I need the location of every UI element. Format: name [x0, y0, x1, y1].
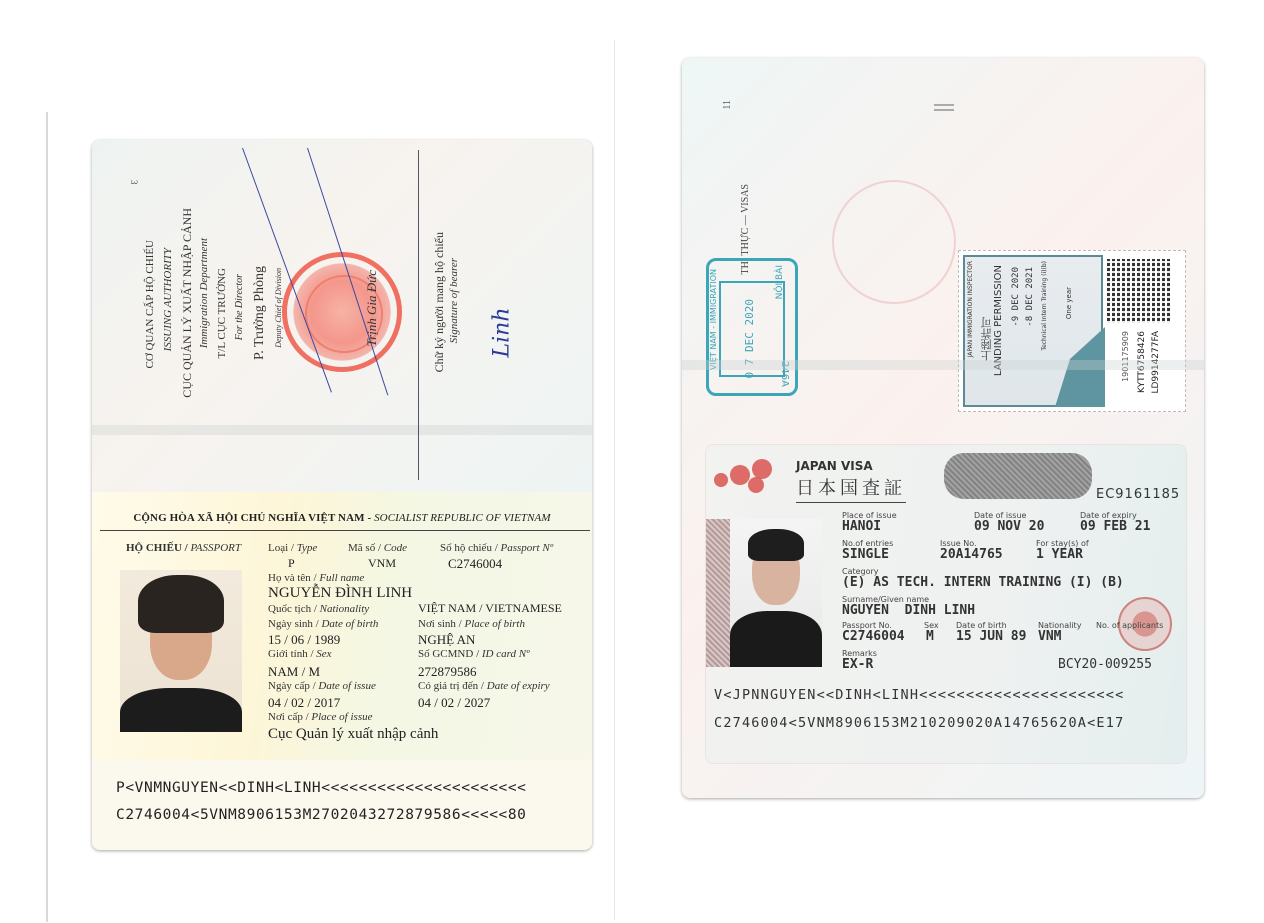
visa-dob: 15 JUN 89 — [956, 629, 1026, 644]
page-number: 3 — [129, 180, 139, 185]
for-director-en: For the Director — [234, 274, 245, 340]
visa-category: (E) AS TECH. INTERN TRAINING (I) (B) — [842, 575, 1124, 590]
passport-no-value: C2746004 — [448, 556, 502, 572]
doe-value: 04 / 02 / 2027 — [418, 695, 490, 711]
pob-label: Nơi sinh / Place of birth — [418, 618, 525, 630]
issuing-authority-en: ISSUING AUTHORITY — [162, 248, 174, 351]
watermark-emblem — [832, 180, 956, 304]
mrz-line-1: P<VNMNGUYEN<<DINH<LINH<<<<<<<<<<<<<<<<<<… — [116, 780, 527, 796]
bearer-signature: Linh — [489, 308, 514, 358]
entry-stamp: VIỆT NAM - IMMIGRATION 0 7 DEC 2020 NỘI … — [706, 258, 798, 396]
visa-remarks: EX-R — [842, 657, 873, 672]
data-page: CỘNG HÒA XÃ HỘI CHỦ NGHĨA VIỆT NAM - SOC… — [92, 492, 592, 850]
visa-title: JAPAN VISA — [796, 459, 873, 473]
visa-name: NGUYEN DINH LINH — [842, 603, 975, 618]
visa-nationality: VNM — [1038, 629, 1061, 644]
doc-label: HỘ CHIẾU / PASSPORT — [126, 542, 241, 554]
country-header: CỘNG HÒA XÃ HỘI CHỦ NGHĨA VIỆT NAM - SOC… — [92, 512, 592, 524]
full-name-label: Họ và tên / Full name — [268, 572, 364, 584]
japan-visa-sticker: JAPAN VISA 日本国査証 EC9161185 Place of issu… — [706, 445, 1186, 763]
doi-label: Ngày cấp / Date of issue — [268, 680, 376, 692]
poi-value: Cục Quản lý xuất nhập cảnh — [268, 726, 438, 743]
poi-label: Nơi cấp / Place of issue — [268, 711, 373, 723]
visa-stay: 1 YEAR — [1036, 547, 1083, 562]
bearer-signature-label-en: Signature of bearer — [448, 258, 460, 343]
mrz-line-2: C2746004<5VNM8906153M2702043272879586<<<… — [116, 807, 527, 823]
landing-permission-sticker: JAPAN IMMIGRATION INSPECTOR 上陸許可 LANDING… — [958, 250, 1186, 412]
bearer-photo — [120, 570, 242, 732]
visa-passport-no: C2746004 — [842, 629, 905, 644]
dob-value: 15 / 06 / 1989 — [268, 632, 340, 648]
official-seal — [282, 252, 402, 372]
doe-label: Có giá trị đến / Date of expiry — [418, 680, 550, 692]
code-label: Mã số / Code — [348, 542, 407, 554]
visa-side-pattern — [706, 519, 730, 667]
visa-mrz-line-2: C2746004<5VNM8906153M210209020A14765620A… — [714, 715, 1124, 731]
page-number: 11 — [722, 100, 733, 110]
security-guilloche — [944, 453, 1092, 499]
full-name-value: NGUYỄN ĐÌNH LINH — [268, 585, 412, 602]
visa-reference: BCY20-009255 — [1058, 657, 1152, 672]
visa-issue-no: 20A14765 — [940, 547, 1003, 562]
department-vi: CỤC QUẢN LÝ XUẤT NHẬP CẢNH — [180, 208, 195, 398]
visa-photo — [730, 519, 822, 667]
visa-date-of-expiry: 09 FEB 21 — [1080, 519, 1150, 534]
visa-page: 11 THỊ THỰC — VISAS VIỆT NAM - IMMIGRATI… — [682, 58, 1204, 798]
entry-stamp-authority: VIỆT NAM - IMMIGRATION — [709, 269, 718, 370]
signature-divider — [418, 150, 419, 480]
visa-date-of-issue: 09 NOV 20 — [974, 519, 1044, 534]
passport-no-label: Số hộ chiếu / Passport Nº — [440, 542, 553, 554]
type-value: P — [288, 556, 295, 571]
pob-value: NGHỆ AN — [418, 632, 475, 648]
signer-title-vi: P. Trưởng Phòng — [252, 266, 268, 360]
nationality-value: VIỆT NAM / VIETNAMESE — [418, 601, 562, 616]
lp-serial: 1901175909 — [1121, 331, 1130, 382]
scan-edge — [46, 112, 48, 922]
page-mark — [934, 104, 954, 111]
bearer-signature-label-vi: Chữ ký người mang hộ chiếu — [432, 232, 447, 372]
visa-mrz-line-1: V<JPNNGUYEN<<DINH<LINH<<<<<<<<<<<<<<<<<<… — [714, 687, 1124, 703]
dob-label: Ngày sinh / Date of birth — [268, 618, 378, 630]
issuing-authority-vi: CƠ QUAN CẤP HỘ CHIẾU — [144, 240, 156, 369]
id-card-label: Số GCMND / ID card Nº — [418, 648, 529, 660]
for-director-vi: T/L CỤC TRƯỞNG — [216, 268, 228, 358]
id-card-value: 272879586 — [418, 664, 477, 680]
nationality-label: Quốc tịch / Nationality — [268, 603, 369, 615]
observation-page: 3 CƠ QUAN CẤP HỘ CHIẾU ISSUING AUTHORITY… — [92, 140, 592, 492]
type-label: Loại / Type — [268, 542, 317, 554]
signer-name: Trịnh Gia Đức — [364, 270, 380, 346]
mrz-zone — [92, 760, 592, 850]
entry-stamp-port: NỘI BÀI — [775, 265, 785, 299]
cherry-blossom-icon — [714, 459, 786, 499]
vietnam-passport: 3 CƠ QUAN CẤP HỘ CHIẾU ISSUING AUTHORITY… — [92, 140, 592, 850]
sex-label: Giới tính / Sex — [268, 648, 332, 660]
visa-title-jp: 日本国査証 — [796, 474, 906, 503]
visa-number: EC9161185 — [1096, 487, 1180, 502]
page-divider — [614, 40, 615, 920]
visa-place-of-issue: HANOI — [842, 519, 881, 534]
visa-entries: SINGLE — [842, 547, 889, 562]
doi-value: 04 / 02 / 2017 — [268, 695, 340, 711]
code-value: VNM — [368, 556, 396, 571]
department-en: Immigration Department — [198, 238, 210, 348]
sex-value: NAM / M — [268, 664, 320, 680]
visa-sex: M — [926, 629, 934, 644]
